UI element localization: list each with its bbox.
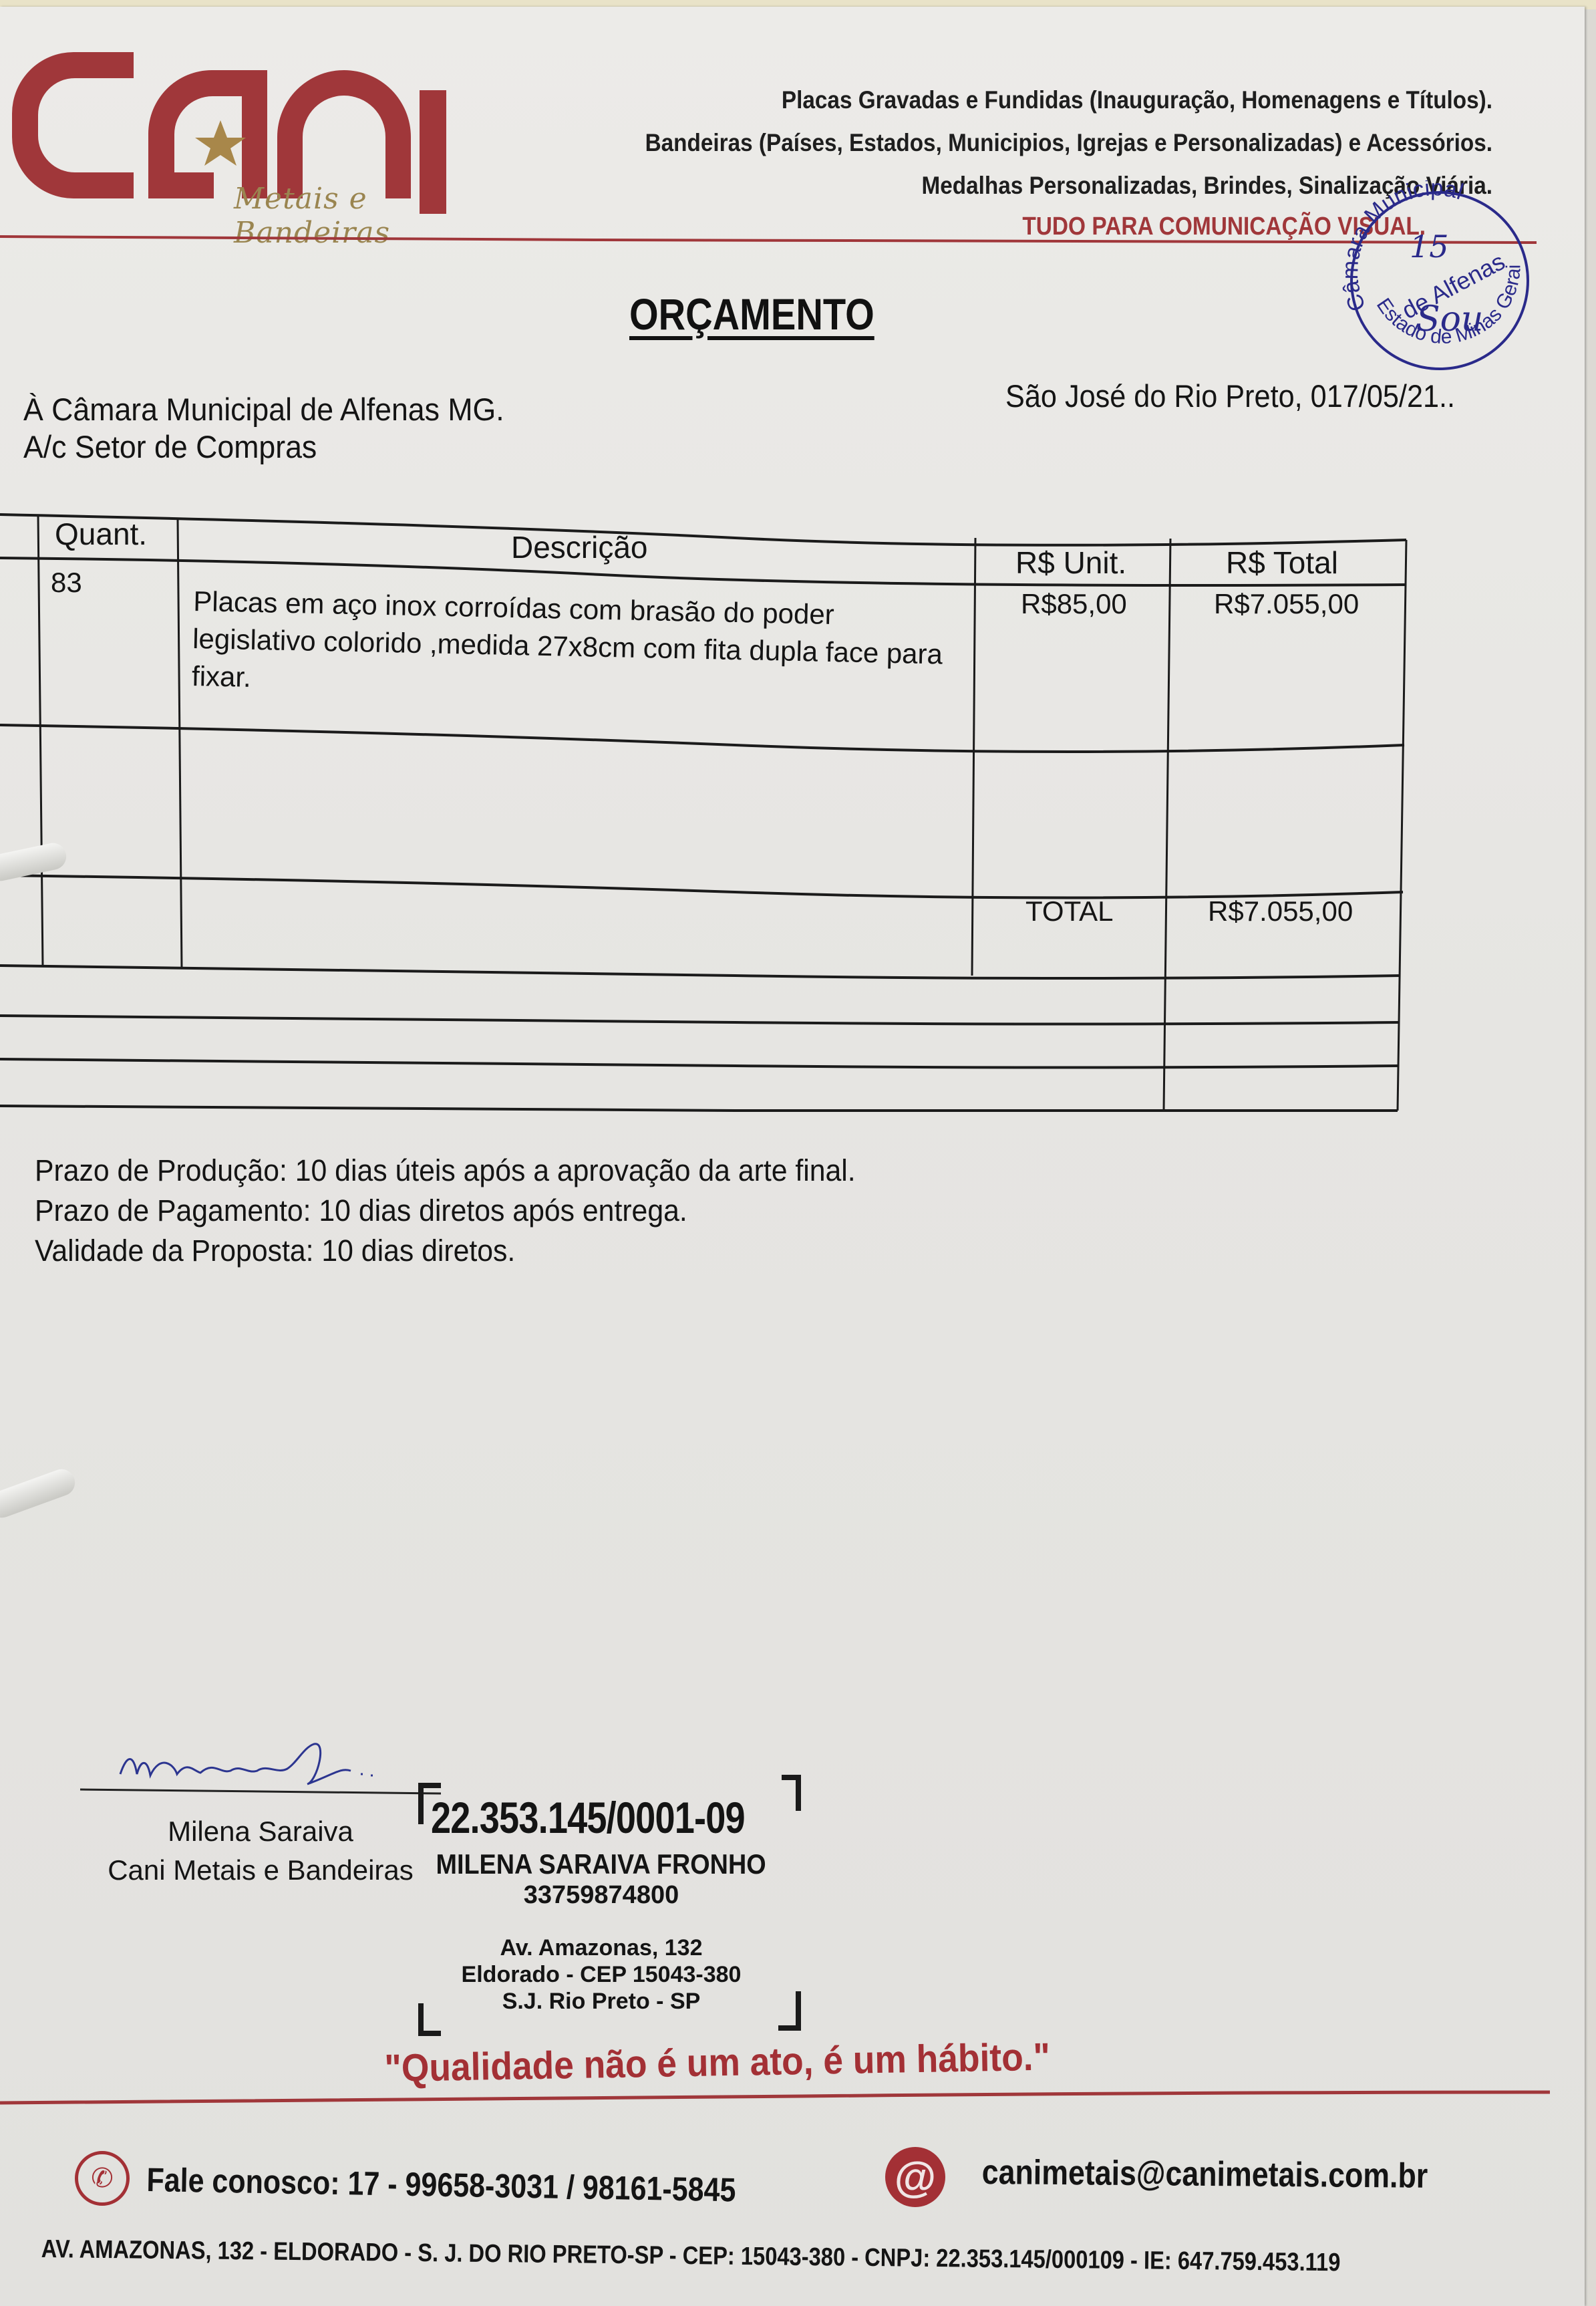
row-unit-price: R$85,00 xyxy=(1021,588,1127,620)
total-label: TOTAL xyxy=(1025,895,1113,927)
service-line: Placas Gravadas e Fundidas (Inauguração,… xyxy=(470,79,1492,122)
signer-company: Cani Metais e Bandeiras xyxy=(100,1851,421,1890)
contact-phone[interactable]: Fale conosco: 17 - 99658-3031 / 98161-58… xyxy=(146,2160,736,2209)
row-total-price: R$7.055,00 xyxy=(1214,588,1359,620)
contact-row: ✆ Fale conosco: 17 - 99658-3031 / 98161-… xyxy=(67,2148,1537,2208)
star-icon xyxy=(195,120,246,166)
total-value: R$7.055,00 xyxy=(1208,895,1353,927)
cnpj-address-line: Av. Amazonas, 132 xyxy=(428,1934,775,1961)
service-line: Bandeiras (Países, Estados, Municipios, … xyxy=(470,122,1492,164)
place-and-date: São José do Rio Preto, 017/05/21.. xyxy=(1005,378,1455,414)
row-description: Placas em aço inox corroídas com brasão … xyxy=(191,583,961,711)
cnpj-number: 22.353.145/0001-09 xyxy=(431,1792,745,1843)
signature-line xyxy=(80,1788,441,1795)
signer-block: Milena Saraiva Cani Metais e Bandeiras xyxy=(100,1812,421,1890)
stamp-handwritten-number: 15 xyxy=(1410,229,1449,265)
company-logo: Metais e Bandeiras xyxy=(0,40,494,214)
payment-term: Prazo de Pagamento: 10 dias diretos após… xyxy=(35,1191,856,1231)
recipient-block: À Câmara Municipal de Alfenas MG. A/c Se… xyxy=(23,391,504,466)
receipt-stamp: Câmara Municipal Estado de Minas Gerais … xyxy=(1339,180,1540,381)
header-quantity: Quant. xyxy=(55,516,147,552)
cnpj-holder-cpf: 33759874800 xyxy=(414,1880,788,1910)
phone-icon: ✆ xyxy=(75,2151,130,2206)
production-term: Prazo de Produção: 10 dias úteis após a … xyxy=(35,1151,856,1191)
terms-block: Prazo de Produção: 10 dias úteis após a … xyxy=(35,1151,856,1271)
header-divider xyxy=(0,235,1537,245)
cnpj-address: Av. Amazonas, 132 Eldorado - CEP 15043-3… xyxy=(428,1934,775,2015)
cnpj-holder-name: MILENA SARAIVA FRONHO xyxy=(436,1850,766,1879)
header-description: Descrição xyxy=(511,529,648,565)
email-at-icon: @ xyxy=(885,2147,945,2207)
signer-name: Milena Saraiva xyxy=(100,1812,421,1851)
header-unit-price: R$ Unit. xyxy=(1015,545,1126,581)
cnpj-address-line: S.J. Rio Preto - SP xyxy=(428,1988,775,2015)
contact-email-link[interactable]: canimetais@canimetais.com.br xyxy=(981,2152,1428,2196)
cnpj-address-line: Eldorado - CEP 15043-380 xyxy=(428,1961,775,1988)
recipient-name: À Câmara Municipal de Alfenas MG. xyxy=(23,391,504,428)
cnpj-holder-block: MILENA SARAIVA FRONHO 33759874800 xyxy=(414,1850,788,1910)
recipient-attention: A/c Setor de Compras xyxy=(23,428,504,466)
validity-term: Validade da Proposta: 10 dias diretos. xyxy=(35,1231,856,1271)
header-total-price: R$ Total xyxy=(1226,545,1338,581)
footer-divider xyxy=(0,2088,1550,2108)
document-title: ORÇAMENTO xyxy=(629,289,874,339)
row-quantity: 83 xyxy=(51,567,82,599)
stamp-handwritten-initials: Sou xyxy=(1416,299,1483,339)
